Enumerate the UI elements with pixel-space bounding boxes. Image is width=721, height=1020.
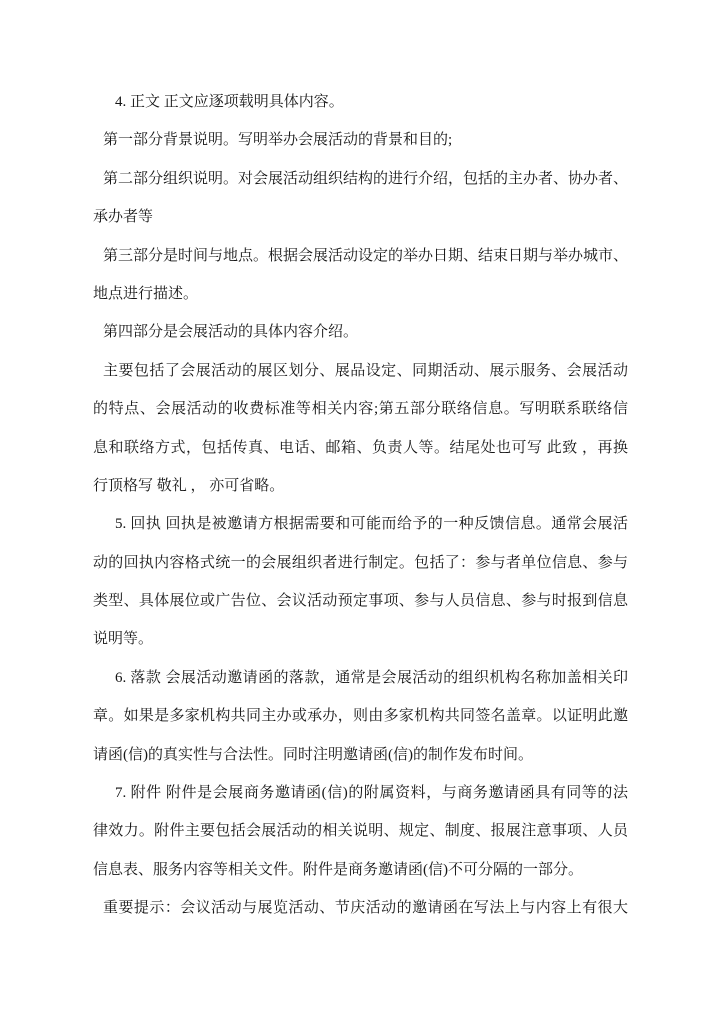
text-line: 主要包括了会展活动的展区划分、展品设定、同期活动、展示服务、会展活动 [93, 352, 628, 390]
text-line: 第四部分是会展活动的具体内容介绍。 [93, 313, 628, 351]
text-line: 承办者等 [93, 198, 628, 236]
text-line: 4. 正文 正文应逐项载明具体内容。 [93, 83, 628, 121]
text-line: 说明等。 [93, 620, 628, 658]
text-line: 的特点、会展活动的收费标准等相关内容;第五部分联络信息。写明联系联络信 [93, 390, 628, 428]
text-line: 请函(信)的真实性与合法性。同时注明邀请函(信)的制作发布时间。 [93, 736, 628, 774]
text-line: 息和联络方式，包括传真、电话、邮箱、负责人等。结尾处也可写 此致 ，再换 [93, 429, 628, 467]
text-line: 行顶格写 敬礼 ， 亦可省略。 [93, 467, 628, 505]
text-line: 章。如果是多家机构共同主办或承办，则由多家机构共同签名盖章。以证明此邀 [93, 697, 628, 735]
text-line: 动的回执内容格式统一的会展组织者进行制定。包括了：参与者单位信息、参与 [93, 544, 628, 582]
text-line: 第二部分组织说明。对会展活动组织结构的进行介绍，包括的主办者、协办者、 [93, 160, 628, 198]
text-line: 类型、具体展位或广告位、会议活动预定事项、参与人员信息、参与时报到信息 [93, 582, 628, 620]
text-line: 第一部分背景说明。写明举办会展活动的背景和目的; [93, 121, 628, 159]
text-line: 第三部分是时间与地点。根据会展活动设定的举办日期、结束日期与举办城市、 [93, 237, 628, 275]
text-block: 4. 正文 正文应逐项载明具体内容。 第一部分背景说明。写明举办会展活动的背景和… [93, 83, 628, 928]
document-page: 4. 正文 正文应逐项载明具体内容。 第一部分背景说明。写明举办会展活动的背景和… [0, 0, 721, 1020]
text-line: 7. 附件 附件是会展商务邀请函(信)的附属资料，与商务邀请函具有同等的法 [93, 774, 628, 812]
text-line: 律效力。附件主要包括会展活动的相关说明、规定、制度、报展注意事项、人员 [93, 812, 628, 850]
text-line: 信息表、服务内容等相关文件。附件是商务邀请函(信)不可分隔的一部分。 [93, 851, 628, 889]
text-line: 重要提示：会议活动与展览活动、节庆活动的邀请函在写法上与内容上有很大 [93, 889, 628, 927]
text-line: 6. 落款 会展活动邀请函的落款，通常是会展活动的组织机构名称加盖相关印 [93, 659, 628, 697]
text-line: 地点进行描述。 [93, 275, 628, 313]
text-line: 5. 回执 回执是被邀请方根据需要和可能而给予的一种反馈信息。通常会展活 [93, 505, 628, 543]
